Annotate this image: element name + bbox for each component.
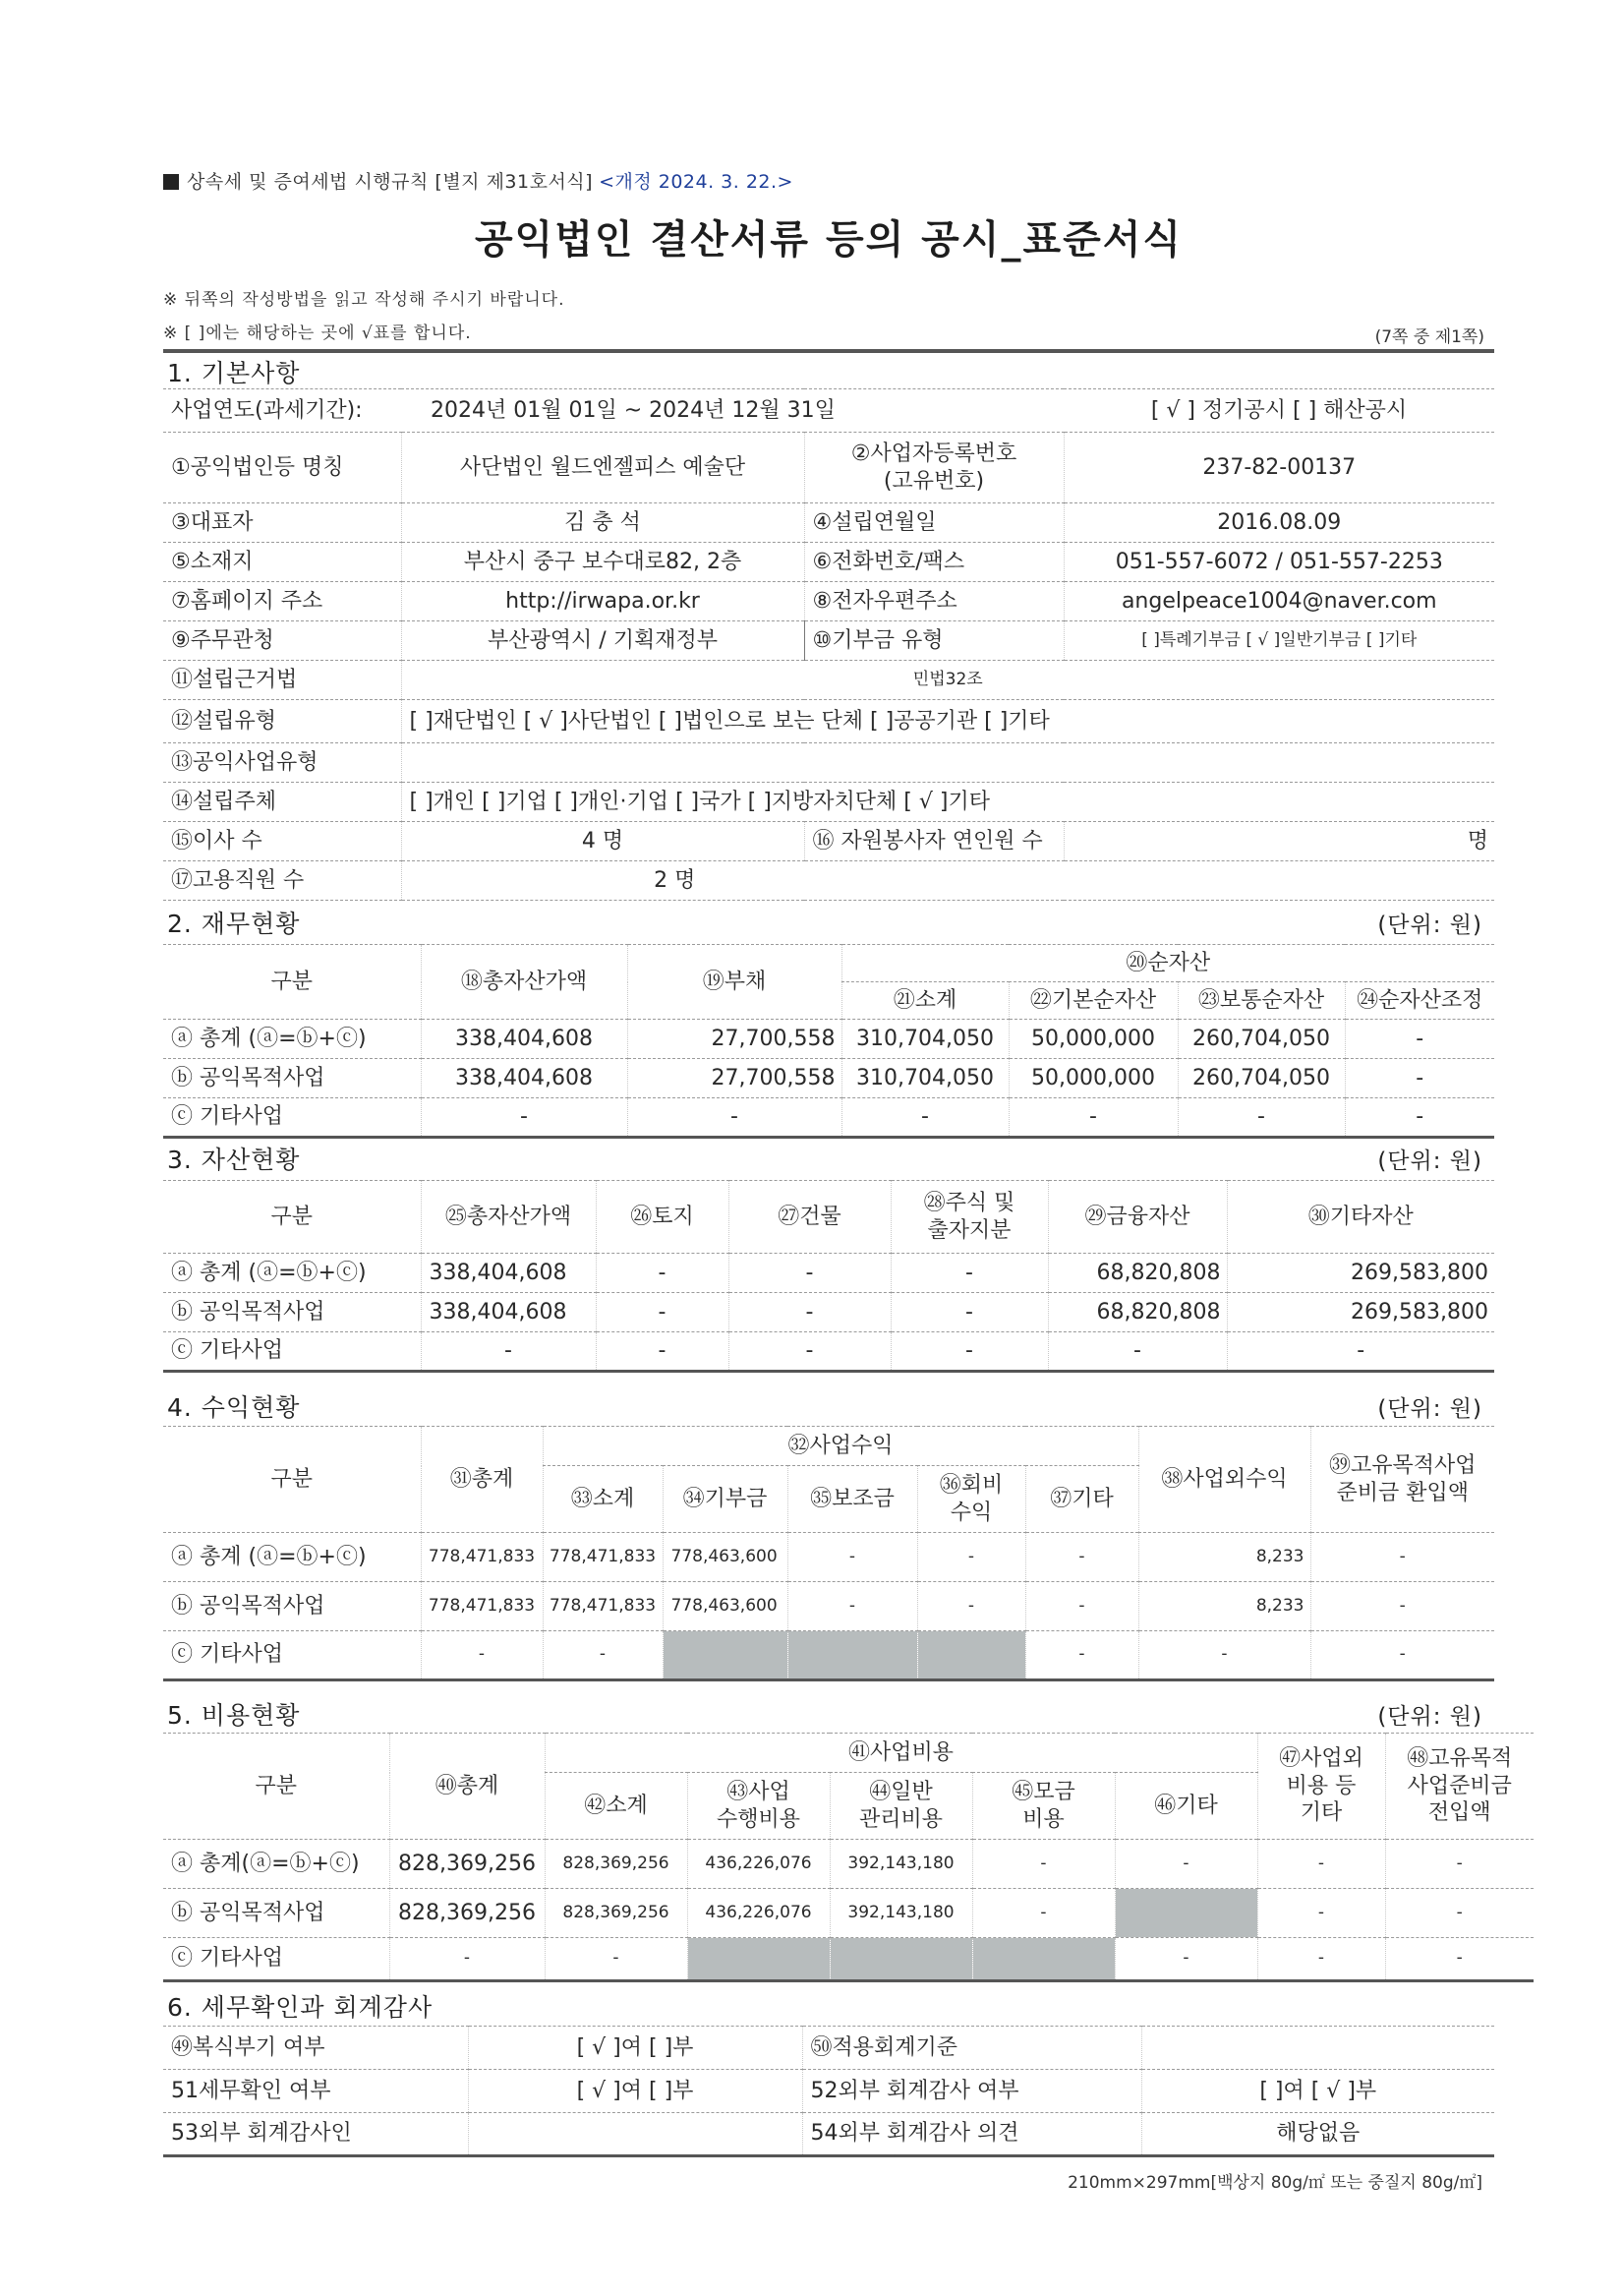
cell: 392,143,180 bbox=[830, 1889, 972, 1938]
col-dues: ㊱회비수익 bbox=[917, 1466, 1025, 1533]
col-subsidies: ㉟보조금 bbox=[787, 1466, 917, 1533]
address-label: ⑤소재지 bbox=[163, 543, 401, 582]
cell: - bbox=[596, 1293, 728, 1332]
cell: - bbox=[891, 1254, 1048, 1293]
cell: 778,471,833 bbox=[421, 1533, 543, 1582]
col-building: ㉗건물 bbox=[728, 1181, 891, 1254]
section1-title: 1. 기본사항 bbox=[167, 354, 300, 389]
col-general-admin: ㊹일반관리비용 bbox=[830, 1773, 972, 1840]
cell: - bbox=[1345, 1020, 1494, 1059]
financial-status-table: 구분 ⑱총자산가액 ⑲부채 ⑳순자산 ㉑소계 ㉒기본순자산 ㉓보통순자산 ㉔순자… bbox=[163, 944, 1494, 1139]
established-date-value: 2016.08.09 bbox=[1064, 503, 1494, 543]
cell: - bbox=[728, 1254, 891, 1293]
info-row: ⑨주무관청 부산광역시 / 기획재정부 ⑩기부금 유형 [ ]특례기부금 [ √… bbox=[163, 621, 1494, 661]
row-label: ⓑ 공익목적사업 bbox=[163, 1582, 421, 1631]
top-divider bbox=[163, 349, 1494, 353]
regulation-text: 상속세 및 증여세법 시행규칙 [별지 제31호서식] bbox=[187, 171, 593, 193]
col-fundraise-line2: 비용 bbox=[977, 1806, 1111, 1834]
audit-opinion-value: 해당없음 bbox=[1141, 2113, 1494, 2156]
col-subtotal: ㊷소계 bbox=[545, 1773, 687, 1840]
cell: - bbox=[1227, 1332, 1494, 1372]
info-row: ⑮이사 수 4 명 ⑯ 자원봉사자 연인원 수 명 bbox=[163, 822, 1494, 861]
volunteers-label: ⑯ 자원봉사자 연인원 수 bbox=[804, 822, 1064, 861]
shaded-cell bbox=[917, 1631, 1025, 1680]
table-row: ⓒ 기타사업 - - - - - bbox=[163, 1938, 1534, 1981]
table-row: ⓑ 공익목적사업 338,404,608 27,700,558 310,704,… bbox=[163, 1059, 1494, 1098]
cell: - bbox=[728, 1332, 891, 1372]
founder-checkbox[interactable]: [ ]개인 [ ]기업 [ ]개인·기업 [ ]국가 [ ]지방자치단체 [ √… bbox=[401, 783, 1494, 822]
section4-title: 4. 수익현황 bbox=[167, 1388, 300, 1424]
fiscal-year-label: 사업연도(과세기간): bbox=[163, 389, 401, 433]
section4-unit: (단위: 원) bbox=[1377, 1390, 1482, 1423]
cell: - bbox=[972, 1840, 1115, 1889]
row-label: ⓐ 총계 (ⓐ=ⓑ+ⓒ) bbox=[163, 1533, 421, 1582]
section6-title: 6. 세무확인과 회계감사 bbox=[167, 1988, 433, 2024]
representative-label: ③대표자 bbox=[163, 503, 401, 543]
col-category: 구분 bbox=[163, 1427, 421, 1533]
cell: 50,000,000 bbox=[1009, 1020, 1178, 1059]
cell: 436,226,076 bbox=[687, 1840, 830, 1889]
table-row: ⓑ 공익목적사업 338,404,608 - - - 68,820,808 26… bbox=[163, 1293, 1494, 1332]
revenue-status-table: 구분 ㉛총계 ㉜사업수익 ㊳사업외수익 ㊴고유목적사업준비금 환입액 ㉝소계 ㉞… bbox=[163, 1426, 1494, 1681]
col-biz-exec-line1: ㊸사업 bbox=[692, 1779, 826, 1806]
col-biz-exec-line2: 수행비용 bbox=[692, 1806, 826, 1834]
revision-date: <개정 2024. 3. 22.> bbox=[599, 171, 793, 193]
section2-unit: (단위: 원) bbox=[1377, 907, 1482, 939]
cell: - bbox=[1115, 1840, 1257, 1889]
col-non-biz-line3: 기타 bbox=[1262, 1799, 1381, 1827]
volunteers-value: 명 bbox=[1064, 822, 1494, 861]
external-auditor-value bbox=[468, 2113, 802, 2156]
instruction-1: ※ 뒤쪽의 작성방법을 읽고 작성해 주시기 바랍니다. bbox=[163, 285, 565, 310]
col-biz-exec: ㊸사업수행비용 bbox=[687, 1773, 830, 1840]
page-indicator: (7쪽 중 제1쪽) bbox=[1375, 323, 1484, 347]
donation-type-checkbox[interactable]: [ ]특례기부금 [ √ ]일반기부금 [ ]기타 bbox=[1064, 621, 1494, 661]
table-row: ⓒ 기타사업 - - - - - bbox=[163, 1631, 1494, 1680]
cell: 778,471,833 bbox=[543, 1533, 663, 1582]
cell: - bbox=[596, 1254, 728, 1293]
cell: - bbox=[1115, 1938, 1257, 1981]
tax-confirm-label: 51세무확인 여부 bbox=[163, 2070, 468, 2113]
col-biz-expense: ㊶사업비용 bbox=[545, 1734, 1257, 1773]
section3-title: 3. 자산현황 bbox=[167, 1141, 300, 1176]
cell: - bbox=[1257, 1889, 1385, 1938]
cell: 27,700,558 bbox=[627, 1059, 841, 1098]
cell: - bbox=[1385, 1840, 1534, 1889]
col-general-line2: 관리비용 bbox=[835, 1806, 968, 1834]
col-reserve-line2: 사업준비금 bbox=[1390, 1773, 1531, 1800]
representative-value: 김 충 석 bbox=[401, 503, 804, 543]
cell: - bbox=[421, 1098, 627, 1138]
cell: 310,704,050 bbox=[841, 1059, 1009, 1098]
phone-fax-label: ⑥전화번호/팩스 bbox=[804, 543, 1064, 582]
cell: 828,369,256 bbox=[389, 1840, 545, 1889]
col-fundraising: ㊺모금비용 bbox=[972, 1773, 1115, 1840]
col-donations: ㉞기부금 bbox=[663, 1466, 787, 1533]
cell: 260,704,050 bbox=[1178, 1020, 1345, 1059]
cell: - bbox=[1385, 1889, 1534, 1938]
col-total: ㉛총계 bbox=[421, 1427, 543, 1533]
cell: 778,471,833 bbox=[543, 1582, 663, 1631]
col-dues-line1: ㊱회비 bbox=[922, 1472, 1021, 1500]
paper-spec: 210mm×297mm[백상지 80g/㎡ 또는 중질지 80g/㎡] bbox=[1068, 2168, 1482, 2193]
org-name-label: ①공익법인등 명칭 bbox=[163, 433, 401, 503]
header-row: 구분 ㉕총자산가액 ㉖토지 ㉗건물 ㉘주식 및출자지분 ㉙금융자산 ㉚기타자산 bbox=[163, 1181, 1494, 1254]
public-biz-type-label: ⑬공익사업유형 bbox=[163, 743, 401, 783]
tax-audit-table: ㊾복식부기 여부 [ √ ]여 [ ]부 ㊿적용회계기준 51세무확인 여부 [… bbox=[163, 2026, 1494, 2157]
fiscal-year-row: 사업연도(과세기간): 2024년 01월 01일 ~ 2024년 12월 31… bbox=[163, 389, 1494, 433]
header-row: 구분 ⑱총자산가액 ⑲부채 ⑳순자산 bbox=[163, 945, 1494, 982]
col-basic-net: ㉒기본순자산 bbox=[1009, 982, 1178, 1020]
donation-type-label: ⑩기부금 유형 bbox=[804, 621, 1064, 661]
fiscal-year-value: 2024년 01월 01일 ~ 2024년 12월 31일 bbox=[401, 389, 1064, 433]
cell: 338,404,608 bbox=[421, 1059, 627, 1098]
col-non-biz-revenue: ㊳사업외수익 bbox=[1138, 1427, 1310, 1533]
cell: - bbox=[1310, 1582, 1494, 1631]
col-liabilities: ⑲부채 bbox=[627, 945, 841, 1020]
business-reg-value: 237-82-00137 bbox=[1064, 433, 1494, 503]
accounting-standard-label: ㊿적용회계기준 bbox=[802, 2027, 1141, 2070]
col-other: ㊻기타 bbox=[1115, 1773, 1257, 1840]
establish-type-label: ⑫설립유형 bbox=[163, 700, 401, 743]
cell: 27,700,558 bbox=[627, 1020, 841, 1059]
supervising-authority-value: 부산광역시 / 기획재정부 bbox=[401, 621, 804, 661]
cell: 50,000,000 bbox=[1009, 1059, 1178, 1098]
cell: - bbox=[596, 1332, 728, 1372]
cell: 260,704,050 bbox=[1178, 1059, 1345, 1098]
cell: - bbox=[421, 1332, 596, 1372]
basis-law-value: 민법32조 bbox=[401, 661, 1494, 700]
phone-fax-value: 051-557-6072 / 051-557-2253 bbox=[1064, 543, 1494, 582]
cell: - bbox=[1048, 1332, 1227, 1372]
info-row: ⑪설립근거법 민법32조 bbox=[163, 661, 1494, 700]
regulation-note: 상속세 및 증여세법 시행규칙 [별지 제31호서식]<개정 2024. 3. … bbox=[163, 167, 793, 194]
col-subtotal: ㉑소계 bbox=[841, 982, 1009, 1020]
header-row: 구분 ㊵총계 ㊶사업비용 ㊼사업외비용 등기타 ㊽고유목적사업준비금전입액 bbox=[163, 1734, 1534, 1773]
col-reserve-reversal: ㊴고유목적사업준비금 환입액 bbox=[1310, 1427, 1494, 1533]
col-fundraise-line1: ㊺모금 bbox=[977, 1779, 1111, 1806]
cell: - bbox=[787, 1582, 917, 1631]
cell: 310,704,050 bbox=[841, 1020, 1009, 1059]
external-auditor-label: 53외부 회계감사인 bbox=[163, 2113, 468, 2156]
col-non-biz-expense: ㊼사업외비용 등기타 bbox=[1257, 1734, 1385, 1840]
row-label: ⓑ 공익목적사업 bbox=[163, 1293, 421, 1332]
table-row: 53외부 회계감사인 54외부 회계감사 의견 해당없음 bbox=[163, 2113, 1494, 2156]
homepage-label: ⑦홈페이지 주소 bbox=[163, 582, 401, 621]
header-row: 구분 ㉛총계 ㉜사업수익 ㊳사업외수익 ㊴고유목적사업준비금 환입액 bbox=[163, 1427, 1494, 1466]
cell: 68,820,808 bbox=[1048, 1254, 1227, 1293]
disclosure-type-checkbox[interactable]: [ √ ] 정기공시 [ ] 해산공시 bbox=[1064, 389, 1494, 433]
established-date-label: ④설립연월일 bbox=[804, 503, 1064, 543]
col-ordinary-net: ㉓보통순자산 bbox=[1178, 982, 1345, 1020]
cell: - bbox=[1345, 1059, 1494, 1098]
cell: 338,404,608 bbox=[421, 1293, 596, 1332]
col-total: ㊵총계 bbox=[389, 1734, 545, 1840]
expense-status-table: 구분 ㊵총계 ㊶사업비용 ㊼사업외비용 등기타 ㊽고유목적사업준비금전입액 ㊷소… bbox=[163, 1733, 1534, 1982]
section3-unit: (단위: 원) bbox=[1377, 1143, 1482, 1175]
col-stocks-line1: ㉘주식 및 bbox=[896, 1190, 1044, 1217]
cell: 269,583,800 bbox=[1227, 1293, 1494, 1332]
col-category: 구분 bbox=[163, 1181, 421, 1254]
col-stocks: ㉘주식 및출자지분 bbox=[891, 1181, 1048, 1254]
cell: 828,369,256 bbox=[545, 1889, 687, 1938]
info-row: ⑤소재지 부산시 중구 보수대로82, 2층 ⑥전화번호/팩스 051-557-… bbox=[163, 543, 1494, 582]
cell: - bbox=[891, 1293, 1048, 1332]
double-entry-checkbox[interactable]: [ √ ]여 [ ]부 bbox=[468, 2027, 802, 2070]
cell: - bbox=[1025, 1631, 1138, 1680]
col-general-line1: ㊹일반 bbox=[835, 1779, 968, 1806]
cell: - bbox=[841, 1098, 1009, 1138]
cell: 828,369,256 bbox=[545, 1840, 687, 1889]
org-name-value: 사단법인 월드엔젤피스 예술단 bbox=[401, 433, 804, 503]
basic-info-table: 사업연도(과세기간): 2024년 01월 01일 ~ 2024년 12월 31… bbox=[163, 388, 1494, 901]
asset-status-table: 구분 ㉕총자산가액 ㉖토지 ㉗건물 ㉘주식 및출자지분 ㉙금융자산 ㉚기타자산 … bbox=[163, 1180, 1494, 1373]
shaded-cell bbox=[830, 1938, 972, 1981]
col-total-assets: ⑱총자산가액 bbox=[421, 945, 627, 1020]
tax-confirm-checkbox[interactable]: [ √ ]여 [ ]부 bbox=[468, 2070, 802, 2113]
shaded-cell bbox=[687, 1938, 830, 1981]
establish-type-checkbox[interactable]: [ ]재단법인 [ √ ]사단법인 [ ]법인으로 보는 단체 [ ]공공기관 … bbox=[401, 700, 1494, 743]
col-category: 구분 bbox=[163, 1734, 389, 1840]
external-audit-checkbox[interactable]: [ ]여 [ √ ]부 bbox=[1141, 2070, 1494, 2113]
section2-title: 2. 재무현황 bbox=[167, 905, 300, 940]
table-row: ⓑ 공익목적사업 828,369,256 828,369,256 436,226… bbox=[163, 1889, 1534, 1938]
homepage-value[interactable]: http://irwapa.or.kr bbox=[401, 582, 804, 621]
col-dues-line2: 수익 bbox=[922, 1500, 1021, 1527]
row-label: ⓐ 총계(ⓐ=ⓑ+ⓒ) bbox=[163, 1840, 389, 1889]
shaded-cell bbox=[787, 1631, 917, 1680]
address-value: 부산시 중구 보수대로82, 2층 bbox=[401, 543, 804, 582]
cell: 8,233 bbox=[1138, 1582, 1310, 1631]
email-value[interactable]: angelpeace1004@naver.com bbox=[1064, 582, 1494, 621]
info-row: ⑫설립유형 [ ]재단법인 [ √ ]사단법인 [ ]법인으로 보는 단체 [ … bbox=[163, 700, 1494, 743]
document-title: 공익법인 결산서류 등의 공시_표준서식 bbox=[163, 208, 1494, 265]
col-financial-assets: ㉙금융자산 bbox=[1048, 1181, 1227, 1254]
cell: - bbox=[917, 1582, 1025, 1631]
row-label: ⓒ 기타사업 bbox=[163, 1332, 421, 1372]
row-label: ⓒ 기타사업 bbox=[163, 1631, 421, 1680]
cell: 778,471,833 bbox=[421, 1582, 543, 1631]
cell: - bbox=[1178, 1098, 1345, 1138]
col-category: 구분 bbox=[163, 945, 421, 1020]
section5-title: 5. 비용현황 bbox=[167, 1696, 300, 1732]
shaded-cell bbox=[972, 1938, 1115, 1981]
row-label: ⓑ 공익목적사업 bbox=[163, 1059, 421, 1098]
col-reserve-line3: 전입액 bbox=[1390, 1799, 1531, 1827]
info-row: ③대표자 김 충 석 ④설립연월일 2016.08.09 bbox=[163, 503, 1494, 543]
basis-law-label: ⑪설립근거법 bbox=[163, 661, 401, 700]
cell: 269,583,800 bbox=[1227, 1254, 1494, 1293]
cell: - bbox=[627, 1098, 841, 1138]
directors-label: ⑮이사 수 bbox=[163, 822, 401, 861]
col-reserve-transfer: ㊽고유목적사업준비금전입액 bbox=[1385, 1734, 1534, 1840]
col-stocks-line2: 출자지분 bbox=[896, 1217, 1044, 1245]
col-land: ㉖토지 bbox=[596, 1181, 728, 1254]
table-row: ㊾복식부기 여부 [ √ ]여 [ ]부 ㊿적용회계기준 bbox=[163, 2027, 1494, 2070]
col-non-biz-line1: ㊼사업외 bbox=[1262, 1745, 1381, 1773]
section5-unit: (단위: 원) bbox=[1377, 1698, 1482, 1731]
employees-label: ⑰고용직원 수 bbox=[163, 861, 401, 901]
cell: - bbox=[545, 1938, 687, 1981]
cell: 778,463,600 bbox=[663, 1582, 787, 1631]
public-biz-type-value bbox=[401, 743, 1494, 783]
table-row: ⓒ 기타사업 - - - - - - bbox=[163, 1098, 1494, 1138]
table-row: ⓐ 총계 (ⓐ=ⓑ+ⓒ) 338,404,608 - - - 68,820,80… bbox=[163, 1254, 1494, 1293]
cell: 436,226,076 bbox=[687, 1889, 830, 1938]
info-row: ⑭설립주체 [ ]개인 [ ]기업 [ ]개인·기업 [ ]국가 [ ]지방자치… bbox=[163, 783, 1494, 822]
col-total-assets: ㉕총자산가액 bbox=[421, 1181, 596, 1254]
col-net-assets: ⑳순자산 bbox=[841, 945, 1494, 982]
info-row: ⑦홈페이지 주소 http://irwapa.or.kr ⑧전자우편주소 ang… bbox=[163, 582, 1494, 621]
cell: - bbox=[1025, 1533, 1138, 1582]
cell: - bbox=[972, 1889, 1115, 1938]
cell: 8,233 bbox=[1138, 1533, 1310, 1582]
table-row: 51세무확인 여부 [ √ ]여 [ ]부 52외부 회계감사 여부 [ ]여 … bbox=[163, 2070, 1494, 2113]
col-reserve-line2: 준비금 환입액 bbox=[1315, 1480, 1491, 1507]
cell: - bbox=[1385, 1938, 1534, 1981]
business-reg-label-line1: ②사업자등록번호 bbox=[809, 441, 1060, 468]
double-entry-label: ㊾복식부기 여부 bbox=[163, 2027, 468, 2070]
cell: - bbox=[728, 1293, 891, 1332]
col-biz-revenue: ㉜사업수익 bbox=[543, 1427, 1138, 1466]
business-reg-label: ②사업자등록번호(고유번호) bbox=[804, 433, 1064, 503]
cell: - bbox=[1310, 1631, 1494, 1680]
info-row: ①공익법인등 명칭 사단법인 월드엔젤피스 예술단 ②사업자등록번호(고유번호)… bbox=[163, 433, 1494, 503]
cell: 338,404,608 bbox=[421, 1254, 596, 1293]
external-audit-label: 52외부 회계감사 여부 bbox=[802, 2070, 1141, 2113]
cell: - bbox=[787, 1533, 917, 1582]
shaded-cell bbox=[1115, 1889, 1257, 1938]
cell: - bbox=[1310, 1533, 1494, 1582]
col-reserve-line1: ㊴고유목적사업 bbox=[1315, 1452, 1491, 1480]
instruction-2: ※ [ ]에는 해당하는 곳에 √표를 합니다. bbox=[163, 319, 472, 343]
supervising-authority-label: ⑨주무관청 bbox=[163, 621, 401, 661]
shaded-cell bbox=[663, 1631, 787, 1680]
square-bullet-icon bbox=[163, 174, 179, 190]
table-row: ⓐ 총계(ⓐ=ⓑ+ⓒ) 828,369,256 828,369,256 436,… bbox=[163, 1840, 1534, 1889]
table-row: ⓐ 총계 (ⓐ=ⓑ+ⓒ) 338,404,608 27,700,558 310,… bbox=[163, 1020, 1494, 1059]
cell: 338,404,608 bbox=[421, 1020, 627, 1059]
col-other: ㊲기타 bbox=[1025, 1466, 1138, 1533]
cell: - bbox=[1009, 1098, 1178, 1138]
row-label: ⓐ 총계 (ⓐ=ⓑ+ⓒ) bbox=[163, 1020, 421, 1059]
col-reserve-line1: ㊽고유목적 bbox=[1390, 1745, 1531, 1773]
col-non-biz-line2: 비용 등 bbox=[1262, 1773, 1381, 1800]
col-subtotal: ㉝소계 bbox=[543, 1466, 663, 1533]
cell: 392,143,180 bbox=[830, 1840, 972, 1889]
cell: - bbox=[421, 1631, 543, 1680]
cell: - bbox=[1345, 1098, 1494, 1138]
cell: - bbox=[917, 1533, 1025, 1582]
table-row: ⓐ 총계 (ⓐ=ⓑ+ⓒ) 778,471,833 778,471,833 778… bbox=[163, 1533, 1494, 1582]
row-label: ⓐ 총계 (ⓐ=ⓑ+ⓒ) bbox=[163, 1254, 421, 1293]
cell: - bbox=[389, 1938, 545, 1981]
audit-opinion-label: 54외부 회계감사 의견 bbox=[802, 2113, 1141, 2156]
cell: 778,463,600 bbox=[663, 1533, 787, 1582]
business-reg-label-line2: (고유번호) bbox=[809, 468, 1060, 496]
founder-label: ⑭설립주체 bbox=[163, 783, 401, 822]
directors-value: 4 명 bbox=[401, 822, 804, 861]
info-row: ⑰고용직원 수 2 명 bbox=[163, 861, 1494, 901]
row-label: ⓒ 기타사업 bbox=[163, 1938, 389, 1981]
row-label: ⓒ 기타사업 bbox=[163, 1098, 421, 1138]
col-adjust-net: ㉔순자산조정 bbox=[1345, 982, 1494, 1020]
table-row: ⓒ 기타사업 - - - - - - bbox=[163, 1332, 1494, 1372]
cell: - bbox=[1025, 1582, 1138, 1631]
cell: - bbox=[543, 1631, 663, 1680]
email-label: ⑧전자우편주소 bbox=[804, 582, 1064, 621]
employees-value: 2 명 bbox=[401, 861, 1494, 901]
row-label: ⓑ 공익목적사업 bbox=[163, 1889, 389, 1938]
cell: - bbox=[1138, 1631, 1310, 1680]
info-row: ⑬공익사업유형 bbox=[163, 743, 1494, 783]
cell: 68,820,808 bbox=[1048, 1293, 1227, 1332]
cell: - bbox=[1257, 1938, 1385, 1981]
col-other-assets: ㉚기타자산 bbox=[1227, 1181, 1494, 1254]
table-row: ⓑ 공익목적사업 778,471,833 778,471,833 778,463… bbox=[163, 1582, 1494, 1631]
accounting-standard-value bbox=[1141, 2027, 1494, 2070]
cell: 828,369,256 bbox=[389, 1889, 545, 1938]
cell: - bbox=[1257, 1840, 1385, 1889]
cell: - bbox=[891, 1332, 1048, 1372]
